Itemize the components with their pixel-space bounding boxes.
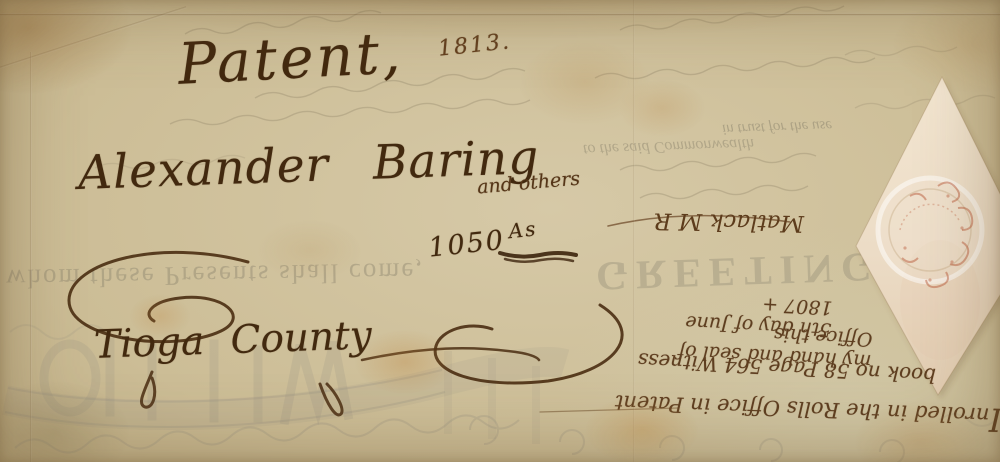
descender-loop-right — [320, 384, 342, 415]
patent-title: Patent, — [176, 20, 404, 98]
acreage-underline-thin — [505, 259, 573, 262]
registrar-signature: Matlack M R — [566, 206, 804, 236]
docket-line-date: 5th day of June 1807 + — [649, 287, 833, 340]
parchment-document: whom these Presents shall come, GREETING… — [0, 0, 1000, 462]
county-tail-curl — [435, 305, 622, 383]
acreage-unit: As — [507, 216, 538, 243]
descender-loop-left — [141, 372, 154, 407]
county-underline-flourish — [362, 348, 539, 360]
